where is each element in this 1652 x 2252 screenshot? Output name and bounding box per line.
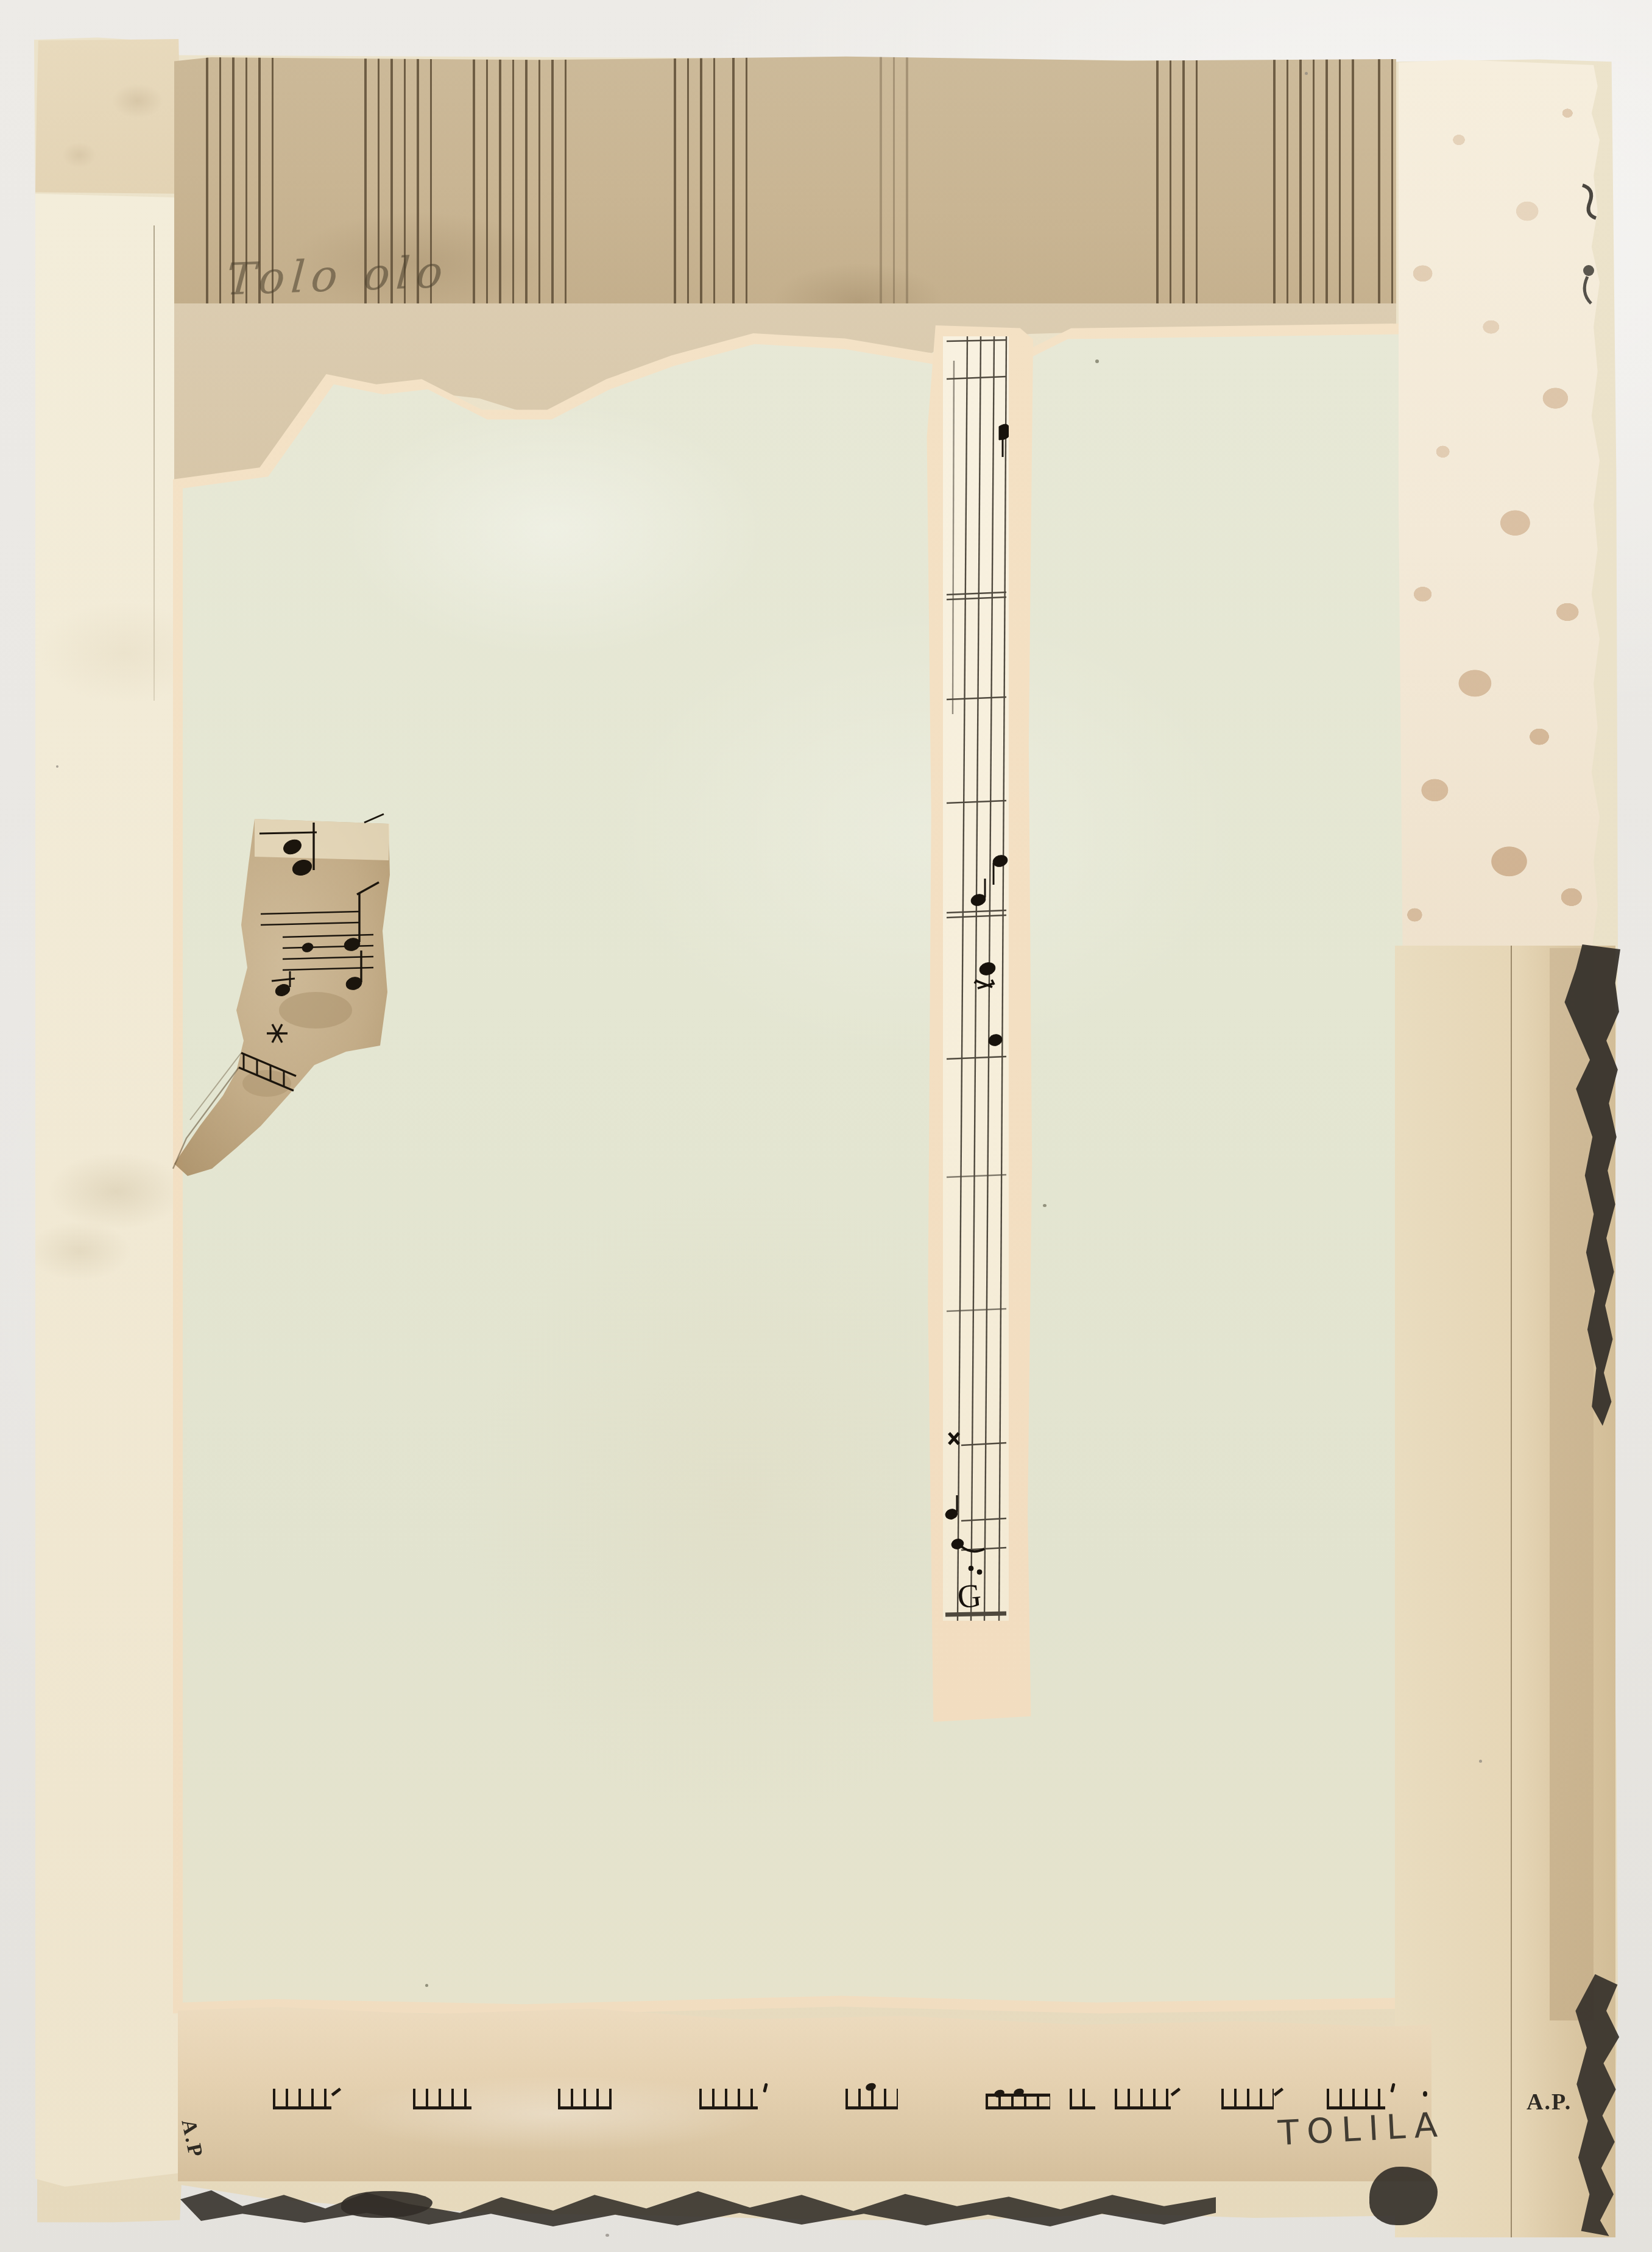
bottom-music-band <box>178 2003 1431 2181</box>
notehead <box>864 2082 877 2092</box>
stray-ink-dot <box>1423 2091 1427 2097</box>
beamed-stem-group <box>413 2089 471 2109</box>
notehead <box>1013 2087 1025 2098</box>
beamed-stem-group <box>699 2089 758 2109</box>
beamed-stem-group <box>845 2089 898 2109</box>
beamed-stem-group <box>1115 2089 1171 2109</box>
strip-g-glyph: G <box>956 1577 983 1616</box>
beam-tick <box>1390 2083 1395 2093</box>
left-cream-strip <box>35 194 183 2189</box>
beamed-stem-group <box>1070 2089 1095 2109</box>
beamed-stem-group <box>1221 2089 1274 2109</box>
staff-lines-group <box>473 56 577 314</box>
stained-music-fragment <box>163 809 407 1182</box>
beamed-stem-group <box>558 2089 612 2109</box>
staff-lines-group <box>1156 56 1209 314</box>
dust-speck <box>1479 1760 1482 1763</box>
beam-flag <box>1269 2082 1283 2096</box>
dust-speck <box>56 765 58 768</box>
beamed-stem-group <box>986 2094 1050 2109</box>
paint-speck <box>425 1984 428 1987</box>
pencil-inscription: Tolo olo <box>225 246 450 305</box>
edition-mark-right: A.P. <box>1527 2089 1572 2116</box>
vertical-sheet-music-strip: G <box>943 336 1009 1621</box>
beam-tick <box>763 2083 768 2093</box>
photograph-of-collage: Tolo olo <box>0 0 1652 2252</box>
top-sheet-music-band: Tolo olo <box>174 56 1396 314</box>
wire-fastener-icon <box>1569 178 1612 349</box>
paint-speck <box>1095 359 1099 363</box>
staff-lines-group <box>880 56 919 314</box>
top-left-tan-paper <box>35 39 182 194</box>
staff-lines-group <box>1273 56 1365 314</box>
staff-lines-group <box>732 56 758 314</box>
notehead <box>994 2089 1006 2099</box>
strip-notation-drawing: G <box>943 336 1009 1621</box>
beamed-stem-group <box>273 2089 331 2109</box>
beam-flag <box>327 2082 341 2096</box>
beamed-stem-group <box>1327 2089 1385 2109</box>
fragment-drawing <box>163 809 407 1182</box>
paint-speck <box>1043 1204 1047 1207</box>
beam-flag <box>1167 2082 1181 2096</box>
dust-speck <box>1305 72 1308 75</box>
beamed-glyph-row <box>178 2003 1431 2181</box>
staff-lines-group <box>674 56 726 314</box>
dust-speck <box>605 2234 609 2237</box>
